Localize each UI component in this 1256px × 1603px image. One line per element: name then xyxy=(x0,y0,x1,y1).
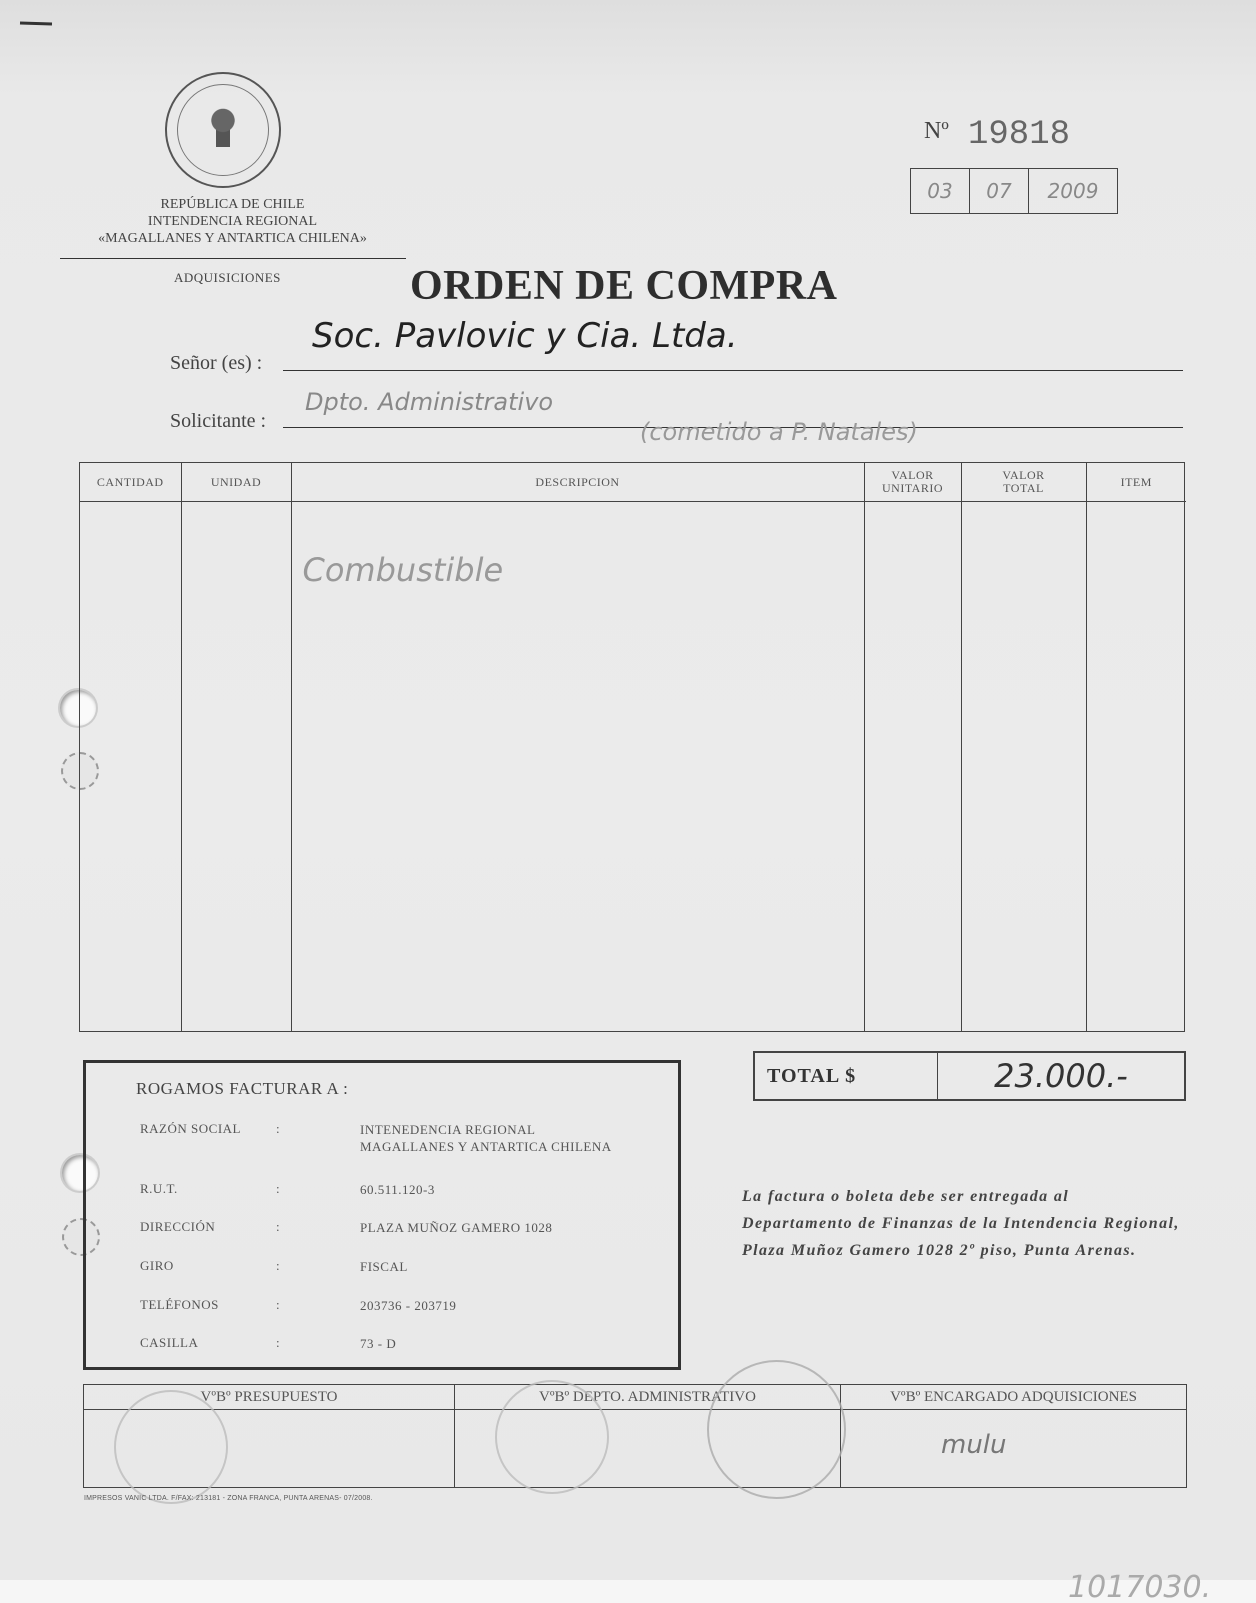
billing-value: FISCAL xyxy=(360,1258,680,1275)
billing-key: DIRECCIÓN xyxy=(140,1219,280,1235)
billing-value: 73 - D xyxy=(360,1335,680,1352)
col-cantidad: CANTIDAD xyxy=(80,463,181,502)
col-valor-unitario-line2: UNITARIO xyxy=(866,482,960,495)
descripcion-text: Combustible xyxy=(293,503,863,589)
date-day[interactable]: 03 xyxy=(911,169,970,213)
billing-key: CASILLA xyxy=(140,1335,280,1351)
org-line-region: «MAGALLANES Y ANTARTICA CHILENA» xyxy=(60,230,405,247)
solicitante-field[interactable]: Dpto. Administrativo xyxy=(305,388,553,416)
billing-key: TELÉFONOS xyxy=(140,1297,280,1313)
regional-seal-logo xyxy=(165,72,281,188)
department-label: ADQUISICIONES xyxy=(174,270,281,286)
table-header-row: CANTIDAD UNIDAD DESCRIPCION VALOR UNITAR… xyxy=(80,463,1186,502)
cell-valor-unitario[interactable] xyxy=(864,502,961,1032)
stamp-icon xyxy=(114,1390,228,1504)
billing-info-box: ROGAMOS FACTURAR A : RAZÓN SOCIAL : INTE… xyxy=(83,1060,681,1370)
total-box: TOTAL $ 23.000.- xyxy=(753,1051,1186,1101)
stamp-icon xyxy=(495,1380,609,1494)
date-year[interactable]: 2009 xyxy=(1029,169,1117,213)
total-label: TOTAL $ xyxy=(755,1053,938,1099)
billing-separator: : xyxy=(276,1297,280,1313)
date-box: 03 07 2009 xyxy=(910,168,1118,214)
billing-value: PLAZA MUÑOZ GAMERO 1028 xyxy=(360,1219,680,1236)
page-title: ORDEN DE COMPRA xyxy=(410,262,837,310)
signature: mulu xyxy=(941,1430,1007,1460)
invoice-delivery-note: La factura o boleta debe ser entregada a… xyxy=(742,1183,1182,1264)
items-table: CANTIDAD UNIDAD DESCRIPCION VALOR UNITAR… xyxy=(79,462,1185,1032)
col-valor-unitario: VALOR UNITARIO xyxy=(864,463,961,502)
seal-inner-ring xyxy=(177,84,269,176)
approval-encargado-adquisiciones: VºBº ENCARGADO ADQUISICIONES mulu xyxy=(841,1385,1186,1487)
solicitante-note: (cometido a P. Natales) xyxy=(640,418,918,446)
billing-separator: : xyxy=(276,1121,280,1137)
approval-encargado-label: VºBº ENCARGADO ADQUISICIONES xyxy=(841,1385,1186,1410)
table-row: Combustible xyxy=(80,502,1186,1032)
solicitante-label: Solicitante : xyxy=(170,410,266,433)
cell-valor-total[interactable] xyxy=(961,502,1086,1032)
date-month[interactable]: 07 xyxy=(970,169,1029,213)
senor-line xyxy=(283,370,1183,371)
adquisiciones-stamp-icon xyxy=(707,1360,846,1499)
org-line-agency: INTENDENCIA REGIONAL xyxy=(60,213,405,230)
billing-value: 60.511.120-3 xyxy=(360,1181,680,1198)
approval-depto-administrativo: VºBº DEPTO. ADMINISTRATIVO xyxy=(455,1385,841,1487)
order-number-label: Nº xyxy=(924,118,949,145)
col-descripcion: DESCRIPCION xyxy=(291,463,864,502)
col-item: ITEM xyxy=(1086,463,1186,502)
col-valor-total-line2: TOTAL xyxy=(963,482,1085,495)
razon-social-line1: INTENEDENCIA REGIONAL xyxy=(360,1121,680,1138)
billing-separator: : xyxy=(276,1335,280,1351)
total-value[interactable]: 23.000.- xyxy=(938,1053,1184,1099)
col-valor-total: VALOR TOTAL xyxy=(961,463,1086,502)
org-line-country: REPÚBLICA DE CHILE xyxy=(60,196,405,213)
approvals-table: VºBº PRESUPUESTO VºBº DEPTO. ADMINISTRAT… xyxy=(83,1384,1187,1488)
billing-value: INTENEDENCIA REGIONAL MAGALLANES Y ANTAR… xyxy=(360,1121,680,1155)
billing-key: GIRO xyxy=(140,1258,280,1274)
senor-field[interactable]: Soc. Pavlovic y Cia. Ltda. xyxy=(312,316,738,356)
col-unidad: UNIDAD xyxy=(181,463,291,502)
seal-emblem-icon xyxy=(206,106,240,154)
handwritten-reference: 1017030. xyxy=(1068,1570,1211,1603)
billing-title: ROGAMOS FACTURAR A : xyxy=(136,1079,348,1099)
order-number: 19818 xyxy=(968,116,1070,154)
cell-descripcion[interactable]: Combustible xyxy=(291,502,864,1032)
organization-name: REPÚBLICA DE CHILE INTENDENCIA REGIONAL … xyxy=(60,196,405,247)
billing-separator: : xyxy=(276,1258,280,1274)
approval-presupuesto: VºBº PRESUPUESTO xyxy=(84,1385,455,1487)
approval-depto-signature-area[interactable] xyxy=(455,1410,840,1487)
header-divider xyxy=(60,258,406,259)
billing-separator: : xyxy=(276,1181,280,1197)
billing-key: RAZÓN SOCIAL xyxy=(140,1121,280,1137)
approval-presupuesto-signature-area[interactable] xyxy=(84,1410,454,1487)
cell-cantidad[interactable] xyxy=(80,502,181,1032)
billing-value: 203736 - 203719 xyxy=(360,1297,680,1314)
senor-label: Señor (es) : xyxy=(170,352,262,375)
cell-unidad[interactable] xyxy=(181,502,291,1032)
approval-encargado-signature-area[interactable]: mulu xyxy=(841,1410,1186,1487)
billing-key: R.U.T. xyxy=(140,1181,280,1197)
billing-separator: : xyxy=(276,1219,280,1235)
printer-imprint: IMPRESOS VANIC LTDA. F/FAX: 213181 - ZON… xyxy=(84,1495,373,1502)
razon-social-line2: MAGALLANES Y ANTARTICA CHILENA xyxy=(360,1138,680,1155)
cell-item[interactable] xyxy=(1086,502,1186,1032)
